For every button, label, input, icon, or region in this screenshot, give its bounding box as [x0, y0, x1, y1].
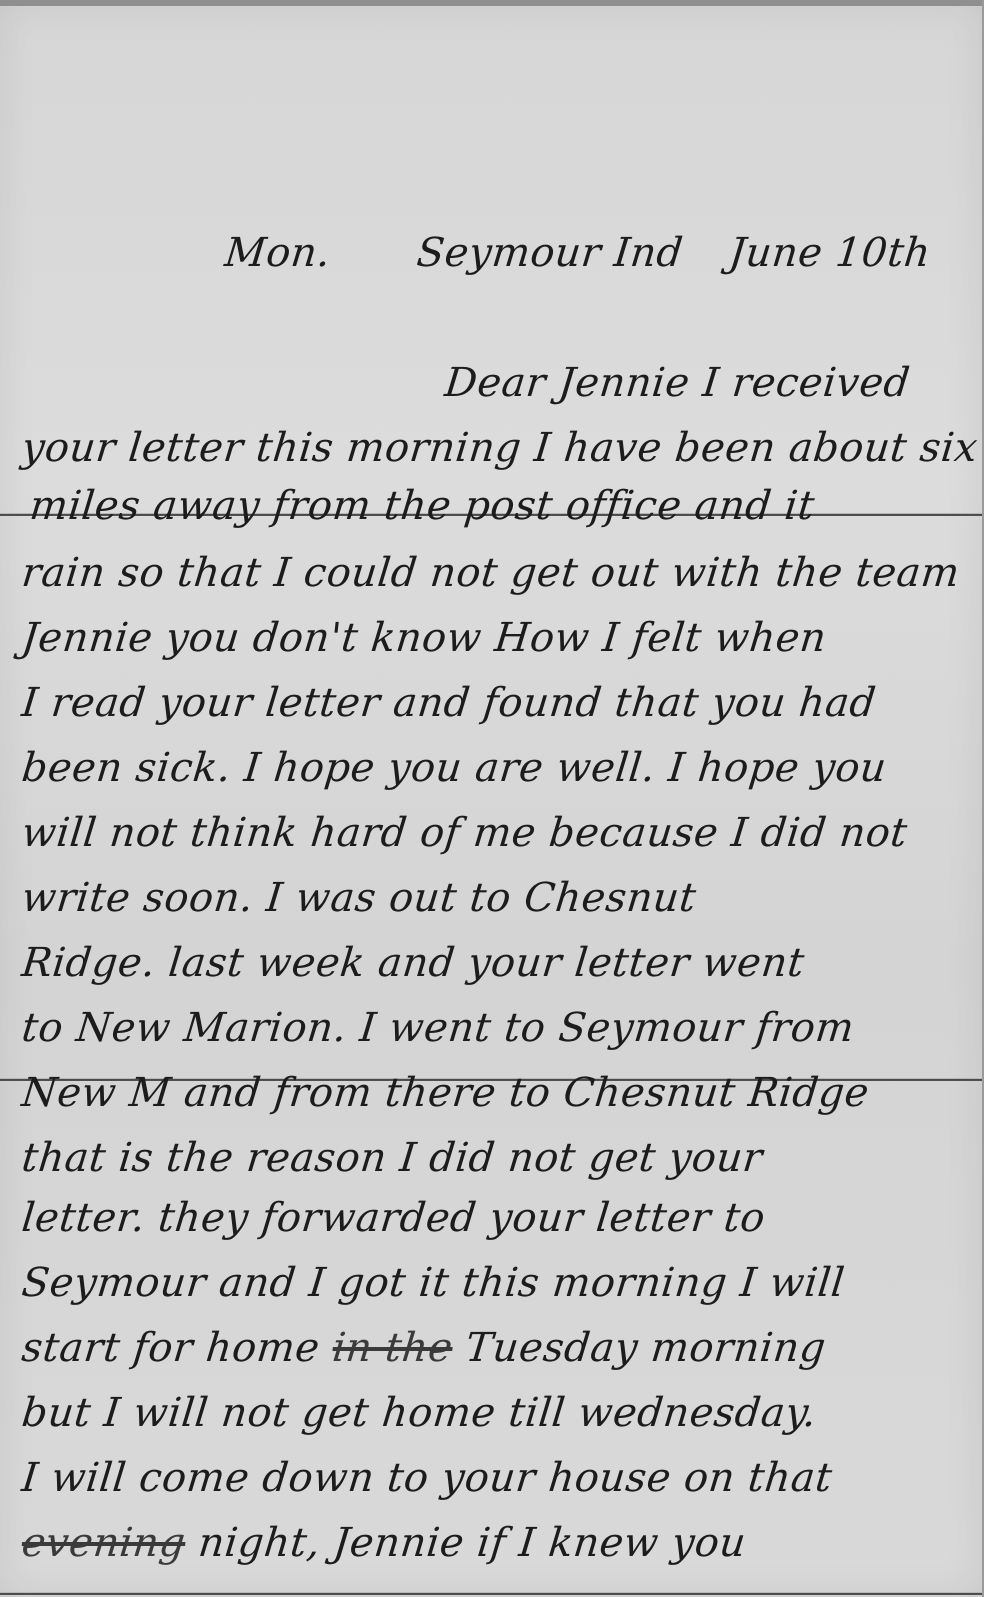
- letter-salutation: Dear Jennie I received: [443, 360, 913, 406]
- letter-line: but I will not get home till wednesday.: [20, 1390, 819, 1436]
- letter-line: Ridge. last week and your letter went: [20, 940, 807, 986]
- letter-line: your letter this morning I have been abo…: [20, 425, 980, 471]
- line-text: Tuesday morning: [450, 1325, 828, 1371]
- struck-out-text: evening: [20, 1520, 188, 1566]
- letter-line: will not think hard of me because I did …: [20, 810, 910, 856]
- letter-line: letter. they forwarded your letter to: [20, 1195, 768, 1241]
- letter-line: evening night, Jennie if I knew you: [20, 1520, 749, 1566]
- struck-out-text: in the: [330, 1325, 455, 1371]
- letter-line: rain so that I could not get out with th…: [20, 550, 962, 596]
- line-text: start for home: [20, 1325, 336, 1371]
- paper-fold-crease: [0, 1592, 982, 1595]
- dateline-place: Seymour Ind: [415, 230, 686, 276]
- letter-line: Seymour and I got it this morning I will: [20, 1260, 847, 1306]
- letter-line: Jennie you don't know How I felt when: [20, 615, 829, 661]
- letter-line: I will come down to your house on that: [20, 1455, 835, 1501]
- letter-line: I read your letter and found that you ha…: [20, 680, 879, 726]
- letter-page: Mon. Seymour Ind June 10th Dear Jennie I…: [0, 0, 984, 1597]
- letter-line: been sick. I hope you are well. I hope y…: [20, 745, 889, 791]
- line-text: night, Jennie if I knew you: [183, 1520, 748, 1566]
- dateline-day: Mon.: [223, 230, 333, 276]
- letter-line: to New Marion. I went to Seymour from: [20, 1005, 857, 1051]
- letter-line: New M and from there to Chesnut Ridge: [20, 1070, 872, 1116]
- letter-line: miles away from the post office and it: [28, 483, 817, 529]
- letter-dateline: Mon. Seymour Ind June 10th: [223, 230, 933, 276]
- letter-line: write soon. I was out to Chesnut: [20, 875, 699, 921]
- letter-line: that is the reason I did not get your: [20, 1135, 765, 1181]
- letter-line: start for home in the Tuesday morning: [20, 1325, 829, 1371]
- dateline-date: June 10th: [727, 230, 933, 276]
